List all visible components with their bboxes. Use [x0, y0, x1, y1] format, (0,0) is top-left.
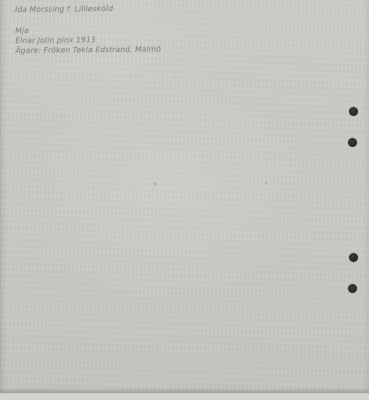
punch-hole-top-2 [348, 138, 357, 147]
punch-hole-bottom-1 [349, 253, 358, 262]
paper-speck [154, 183, 156, 185]
background-below-page [0, 393, 369, 400]
punch-hole-bottom-2 [348, 284, 357, 293]
annotation-sitter-name: Ida Morssing f. Lilliesköld [15, 3, 161, 15]
album-page: Ida Morssing f. Lilliesköld Mja Einar Jo… [0, 0, 369, 400]
annotation-owner: Ägare: Fröken Tekla Edstrand, Malmö [15, 44, 161, 56]
paper-speck [266, 182, 267, 185]
handwritten-annotations: Ida Morssing f. Lilliesköld Mja Einar Jo… [15, 3, 161, 56]
punch-hole-top-1 [349, 107, 358, 116]
paper-grain-texture [0, 0, 369, 400]
